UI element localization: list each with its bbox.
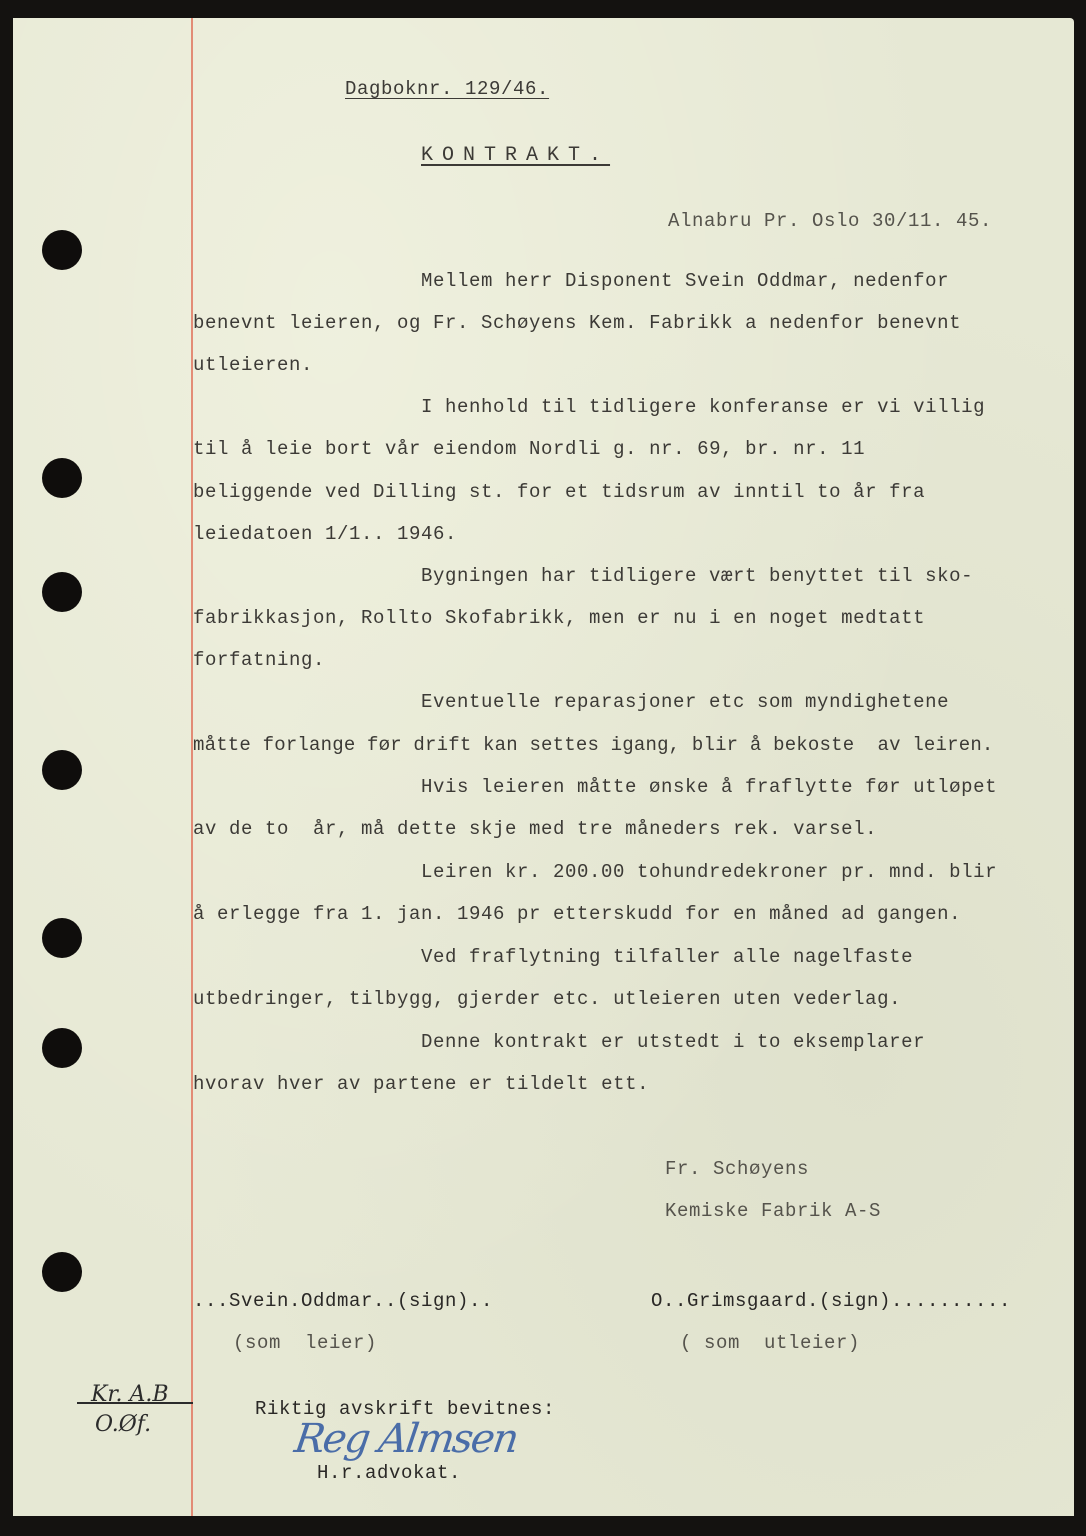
body-line: leiedatoen 1/1.. 1946. [193, 523, 457, 545]
handwritten-signature: Reg Almsen [292, 1416, 520, 1462]
company-name-line-2: Kemiske Fabrik A-S [665, 1200, 881, 1222]
body-line: forfatning. [193, 649, 325, 671]
body-line: Leiren kr. 200.00 tohundredekroner pr. m… [421, 861, 997, 883]
body-line: Hvis leieren måtte ønske å fraflytte før… [421, 776, 997, 798]
journal-reference: Dagboknr. 129/46. [345, 78, 549, 100]
body-line: I henhold til tidligere konferanse er vi… [421, 396, 985, 418]
document-page: Dagboknr. 129/46. KONTRAKT. Alnabru Pr. … [13, 18, 1074, 1516]
body-line: Denne kontrakt er utstedt i to eksemplar… [421, 1031, 925, 1053]
punch-hole-icon [42, 1028, 82, 1068]
document-title: KONTRAKT. [421, 144, 610, 167]
body-line: utleieren. [193, 354, 313, 376]
lessor-role: ( som utleier) [680, 1332, 860, 1354]
attestation-title: H.r.advokat. [317, 1462, 461, 1484]
body-line: benevnt leieren, og Fr. Schøyens Kem. Fa… [193, 312, 961, 334]
body-line: Bygningen har tidligere vært benyttet ti… [421, 565, 973, 587]
body-line: til å leie bort vår eiendom Nordli g. nr… [193, 438, 865, 460]
body-line: hvorav hver av partene er tildelt ett. [193, 1073, 649, 1095]
body-line: måtte forlange før drift kan settes igan… [193, 734, 994, 756]
place-date: Alnabru Pr. Oslo 30/11. 45. [668, 210, 992, 232]
body-line: fabrikkasjon, Rollto Skofabrikk, men er … [193, 607, 925, 629]
body-line: Eventuelle reparasjoner etc som myndighe… [421, 691, 949, 713]
body-line: Mellem herr Disponent Svein Oddmar, nede… [421, 270, 949, 292]
punch-hole-icon [42, 750, 82, 790]
margin-note-divider [77, 1402, 193, 1404]
margin-note-bottom: O.Øf. [95, 1412, 151, 1437]
company-name-line-1: Fr. Schøyens [665, 1158, 809, 1180]
punch-hole-icon [42, 572, 82, 612]
punch-hole-icon [42, 1252, 82, 1292]
lessor-signature: O..Grimsgaard.(sign).......... [651, 1290, 1011, 1312]
body-line: utbedringer, tilbygg, gjerder etc. utlei… [193, 988, 901, 1010]
punch-hole-icon [42, 230, 82, 270]
lessee-role: (som leier) [233, 1332, 377, 1354]
body-line: av de to år, må dette skje med tre måned… [193, 818, 877, 840]
punch-hole-icon [42, 458, 82, 498]
lessee-signature: ...Svein.Oddmar..(sign).. [193, 1290, 493, 1312]
body-line: å erlegge fra 1. jan. 1946 pr etterskudd… [193, 903, 961, 925]
body-line: beliggende ved Dilling st. for et tidsru… [193, 481, 925, 503]
punch-hole-icon [42, 918, 82, 958]
body-line: Ved fraflytning tilfaller alle nagelfast… [421, 946, 913, 968]
